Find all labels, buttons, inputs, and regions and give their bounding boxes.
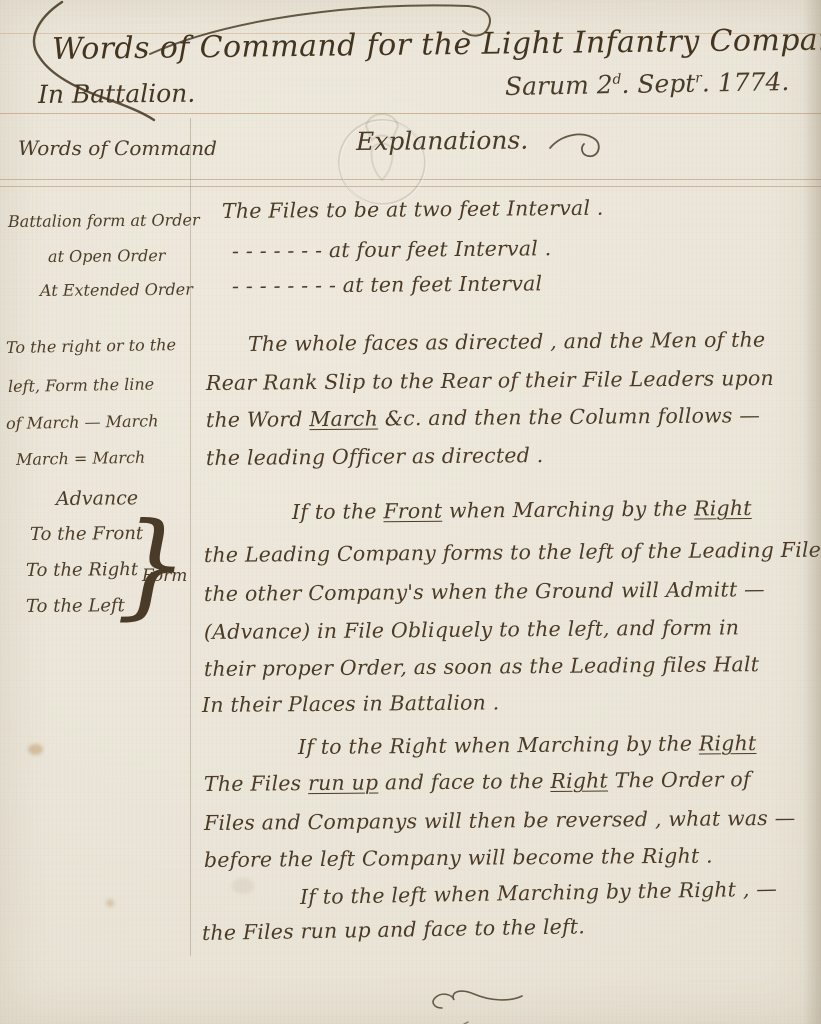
explanation-line: The whole faces as directed , and the Me…	[248, 327, 765, 356]
explanation-line: If to the left when Marching by the Righ…	[300, 877, 777, 909]
smudge-spot	[232, 878, 254, 894]
explanation-segment-underlined: Right	[694, 496, 752, 521]
column-header-words-of-command: Words of Command	[18, 136, 217, 160]
explanation-segment: The Files	[204, 771, 308, 796]
manuscript-page: Words of Command for the Light Infantry …	[0, 0, 821, 1024]
explanation-segment: &c. and then the Column follows —	[378, 403, 760, 430]
explanation-line: the other Company's when the Ground will…	[204, 577, 765, 606]
dateline-year: . 1774.	[702, 67, 790, 98]
explanation-segment: If to the	[292, 499, 384, 524]
explanation-line: the Word March &c. and then the Column f…	[206, 403, 760, 432]
explanation-segment-underlined: run up	[308, 770, 378, 795]
explanation-line: - - - - - - - at four feet Interval .	[232, 236, 552, 263]
foxing-spot	[106, 899, 114, 907]
command-line: at Open Order	[48, 246, 166, 266]
explanation-line: If to the Right when Marching by the Rig…	[298, 731, 757, 759]
explanation-segment: the Word	[206, 407, 310, 432]
column-header-explanations: Explanations.	[356, 125, 528, 156]
explanation-segment: when Marching by the	[442, 496, 694, 522]
explanation-line: Rear Rank Slip to the Rear of their File…	[206, 366, 774, 395]
foxing-spot	[28, 744, 43, 755]
command-line: March = March	[16, 448, 146, 469]
command-line: To the right or to the	[6, 335, 176, 357]
explanations-flourish-icon	[548, 132, 606, 164]
dateline-text: Sarum 2	[505, 70, 613, 101]
explanation-line: before the left Company will become the …	[204, 844, 713, 872]
explanation-line: the Files run up and face to the left.	[202, 914, 585, 945]
dateline: Sarum 2d. Septr. 1774.	[505, 67, 790, 101]
command-line: To the Left	[26, 595, 125, 617]
explanation-segment: If to the Right when Marching by the	[298, 732, 699, 759]
explanation-line: In their Places in Battalion .	[202, 690, 500, 717]
explanation-segment-underlined: March	[309, 406, 378, 431]
command-line: left, Form the line	[8, 374, 154, 396]
command-line: At Extended Order	[40, 280, 193, 300]
command-line: of March — March	[6, 411, 159, 433]
explanation-line: The Files run up and face to the Right T…	[204, 767, 751, 796]
explanation-segment-underlined: Front	[383, 499, 442, 524]
explanation-line: Files and Companys will then be reversed…	[204, 806, 796, 835]
command-brace: }	[116, 508, 189, 622]
explanation-line: - - - - - - - - at ten feet Interval	[232, 271, 542, 298]
explanation-line: The Files to be at two feet Interval .	[222, 196, 604, 223]
explanation-line: (Advance) in File Obliquely to the left,…	[204, 615, 739, 644]
flourish-bottom-icon	[428, 988, 528, 1024]
explanation-line: the Leading Company forms to the left of…	[204, 537, 821, 567]
page-subtitle: In Battalion.	[38, 79, 196, 109]
explanation-line: If to the Front when Marching by the Rig…	[292, 496, 752, 524]
explanation-segment: and face to the	[378, 769, 550, 795]
brace-label: Form	[142, 566, 187, 586]
dateline-text: . Sept	[621, 69, 695, 99]
explanation-line: their proper Order, as soon as the Leadi…	[204, 652, 759, 681]
explanation-segment-underlined: Right	[550, 768, 608, 793]
command-line: Battalion form at Order	[8, 210, 200, 231]
ruled-line-column-divider	[190, 118, 191, 956]
explanation-segment-underlined: Right	[699, 731, 757, 756]
explanation-segment: The Order of	[608, 767, 751, 792]
explanation-line: the leading Officer as directed .	[206, 443, 544, 470]
